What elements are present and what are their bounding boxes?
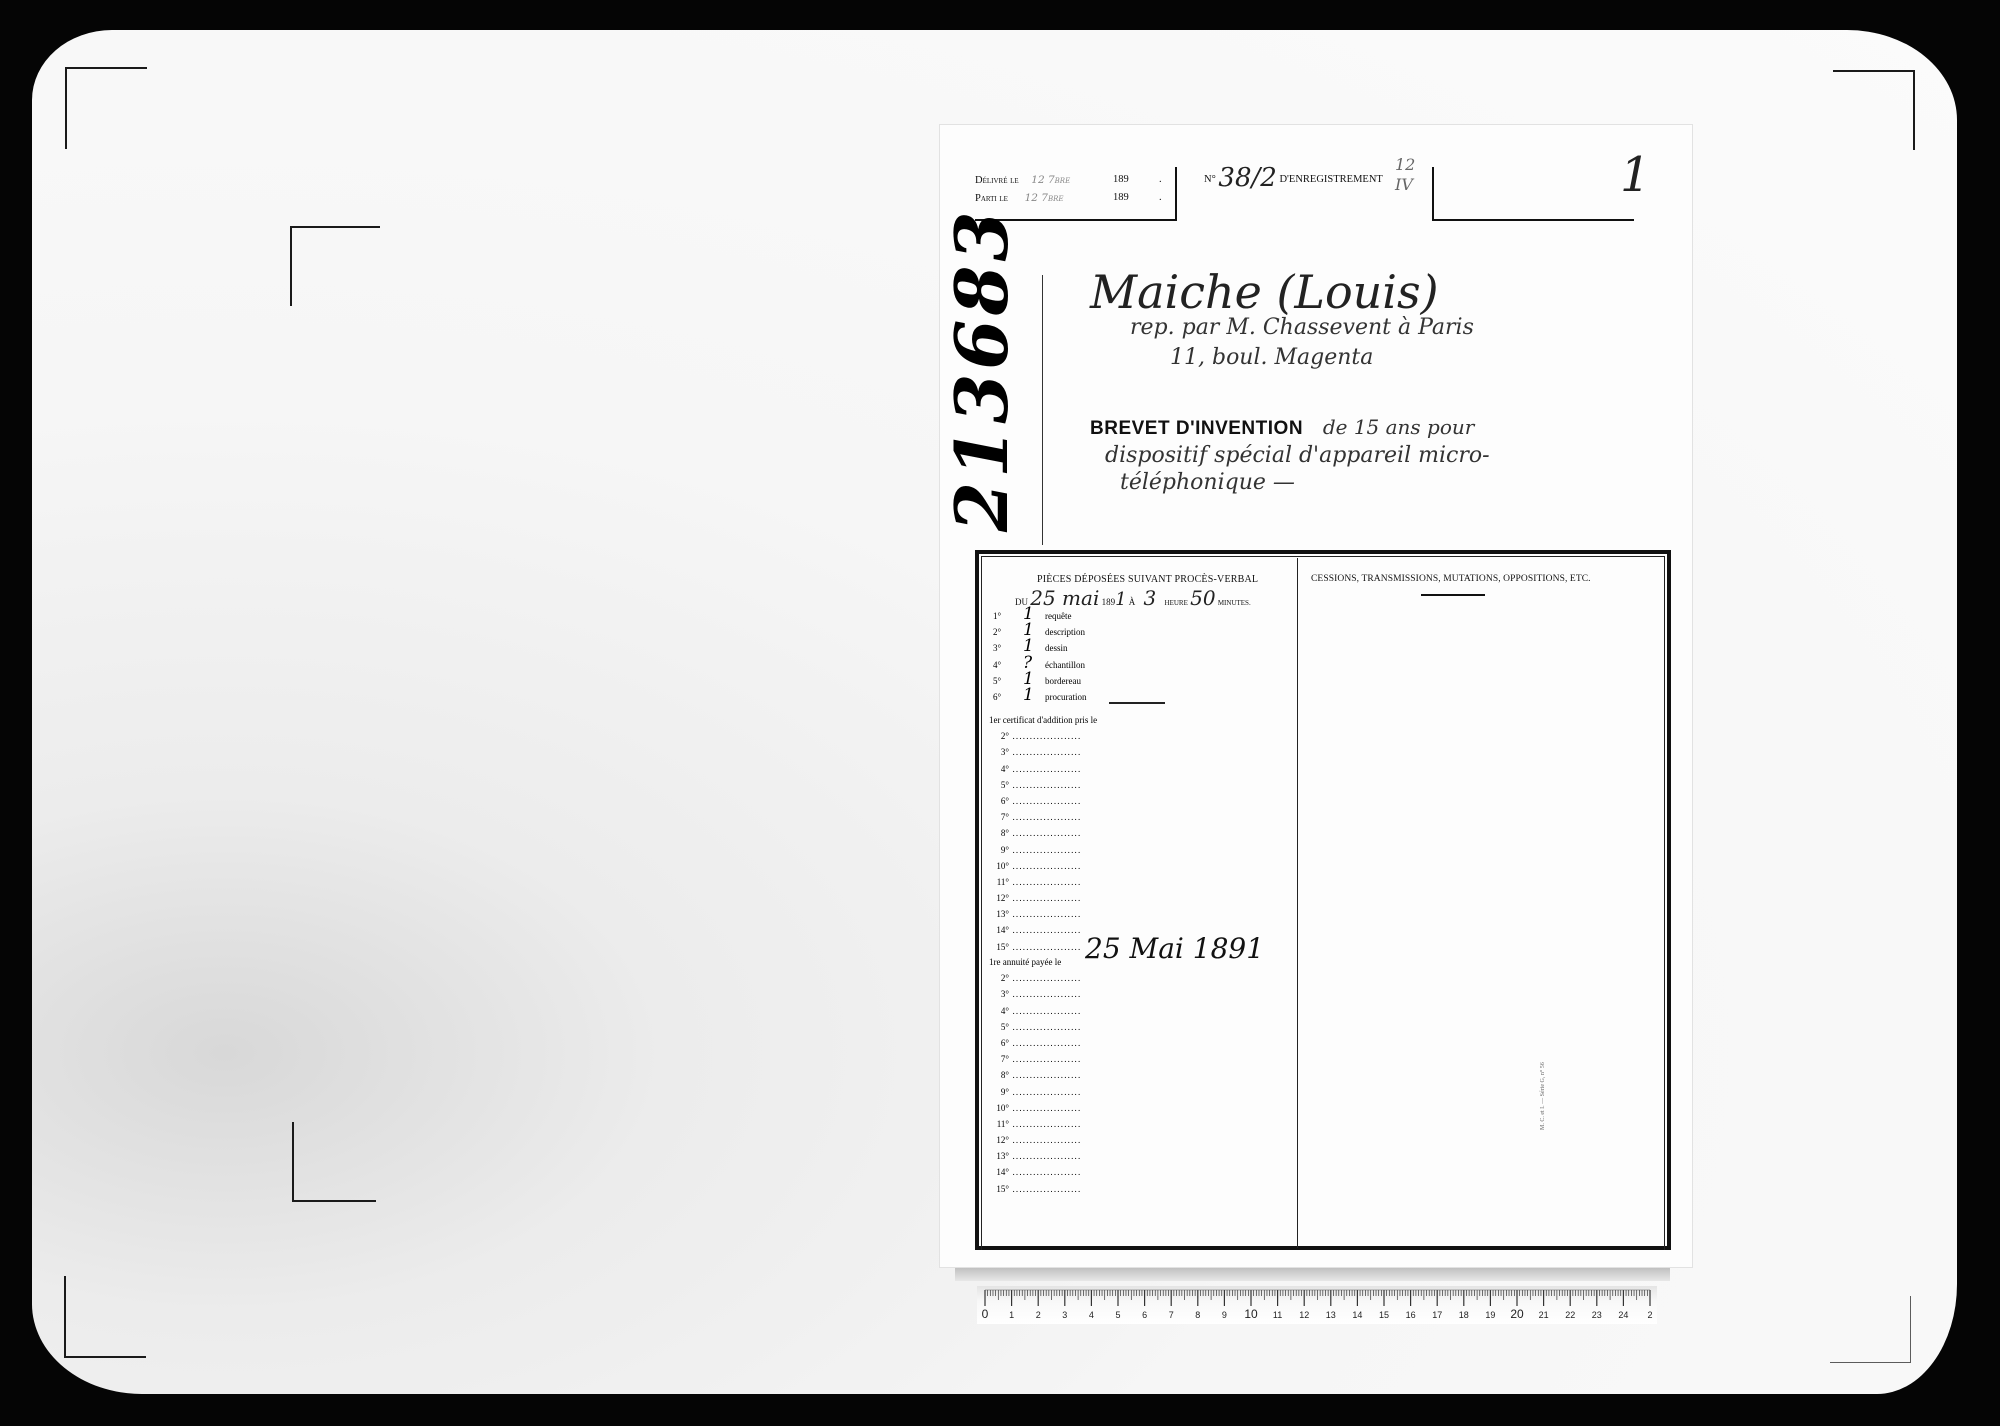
pieces-rule — [1109, 702, 1165, 704]
dot-leader: .................... — [1009, 731, 1081, 741]
delivered-value: 12 7bre — [1031, 174, 1070, 186]
annuity-row: 10° .................... — [989, 1100, 1081, 1116]
row-number: 15° — [989, 1181, 1009, 1197]
certificate-row: 15° .................... — [989, 939, 1097, 955]
cessions-rule — [1421, 594, 1485, 596]
patent-number: 213683 — [952, 242, 1012, 532]
dot-leader: .................... — [1009, 1103, 1081, 1113]
minutes-value: 50 — [1190, 586, 1215, 610]
crop-mark-bottom-right — [1830, 1296, 1911, 1363]
row-number: 10° — [989, 1100, 1009, 1116]
dot-leader: .................... — [1009, 1022, 1081, 1032]
svg-text:14: 14 — [1352, 1310, 1362, 1320]
svg-text:17: 17 — [1432, 1310, 1442, 1320]
piece-number: 6° — [993, 689, 1023, 705]
piece-row: 6°1procuration — [993, 687, 1086, 703]
certificate-row: 4° .................... — [989, 761, 1097, 777]
piece-label: échantillon — [1045, 660, 1085, 670]
svg-text:18: 18 — [1459, 1310, 1469, 1320]
patent-document: Délivré le 12 7bre 189 . Parti le 12 7br… — [940, 125, 1692, 1267]
piece-label: procuration — [1045, 692, 1086, 702]
side-note-2: IV — [1395, 175, 1415, 195]
annuities-list: 1re annuité payée le 2° ................… — [989, 954, 1081, 1197]
svg-text:20: 20 — [1510, 1307, 1524, 1321]
right-header-box — [1432, 167, 1634, 221]
svg-text:2: 2 — [1647, 1310, 1652, 1320]
piece-row: 3°1dessin — [993, 638, 1086, 654]
departed-value: 12 7bre — [1025, 192, 1064, 204]
piece-count: 1 — [1023, 687, 1045, 703]
annuity-first-label: 1re annuité payée le — [989, 957, 1061, 967]
registration-prefix: N° — [1204, 174, 1216, 185]
dot-leader: .................... — [1009, 1054, 1081, 1064]
applicant-representative: rep. par M. Chassevent à Paris — [1130, 315, 1474, 340]
departed-label: Parti le — [975, 193, 1008, 204]
svg-text:23: 23 — [1592, 1310, 1602, 1320]
annuity-row: 2° .................... — [989, 970, 1081, 986]
certificate-first-row: 1er certificat d'addition pris le — [989, 712, 1097, 728]
dot-leader: .................... — [1009, 1119, 1081, 1129]
svg-text:22: 22 — [1565, 1310, 1575, 1320]
piece-label: dessin — [1045, 643, 1068, 653]
row-number: 9° — [989, 842, 1009, 858]
dot-leader: .................... — [1009, 1070, 1081, 1080]
dot-leader: .................... — [1009, 989, 1081, 999]
row-number: 2° — [989, 728, 1009, 744]
certificate-row: 3° .................... — [989, 744, 1097, 760]
piece-row: 2°1description — [993, 622, 1086, 638]
annuity-first-row: 1re annuité payée le — [989, 954, 1081, 970]
svg-text:11: 11 — [1273, 1310, 1282, 1320]
piece-label: bordereau — [1045, 676, 1081, 686]
at-label: À — [1129, 597, 1136, 607]
hour-label: HEURE — [1165, 599, 1188, 607]
row-number: 14° — [989, 1164, 1009, 1180]
svg-text:8: 8 — [1195, 1310, 1200, 1320]
series-note: M. C. et I. — Série G, n° 56 — [1540, 1062, 1546, 1130]
annuity-row: 14° .................... — [989, 1164, 1081, 1180]
certificate-row: 7° .................... — [989, 809, 1097, 825]
row-number: 15° — [989, 939, 1009, 955]
year-value: 1 — [1115, 589, 1126, 610]
dot-leader: .................... — [1009, 1184, 1081, 1194]
row-number: 8° — [989, 825, 1009, 841]
row-number: 5° — [989, 777, 1009, 793]
row-number: 4° — [989, 1003, 1009, 1019]
inner-crop-mark-bottom-left — [292, 1122, 376, 1202]
document-shadow — [955, 1267, 1670, 1281]
dot-leader: .................... — [1009, 1151, 1081, 1161]
applicant-address: 11, boul. Magenta — [1170, 345, 1373, 370]
dot-leader: .................... — [1009, 877, 1081, 887]
row-number: 9° — [989, 1084, 1009, 1100]
row-number: 4° — [989, 761, 1009, 777]
patent-heading: BREVET D'INVENTION de 15 ans pour — [1090, 415, 1474, 440]
dot-leader: .................... — [1009, 764, 1081, 774]
annuity-row: 11° .................... — [989, 1116, 1081, 1132]
dot-leader: .................... — [1009, 812, 1081, 822]
row-number: 12° — [989, 890, 1009, 906]
dot-leader: .................... — [1009, 1038, 1081, 1048]
svg-text:2: 2 — [1036, 1310, 1041, 1320]
annuity-row: 6° .................... — [989, 1035, 1081, 1051]
svg-text:3: 3 — [1062, 1310, 1067, 1320]
svg-text:13: 13 — [1326, 1310, 1336, 1320]
annuity-row: 3° .................... — [989, 986, 1081, 1002]
row-number: 11° — [989, 874, 1009, 890]
svg-text:6: 6 — [1142, 1310, 1147, 1320]
dot-leader: .................... — [1009, 796, 1081, 806]
patent-duration: de 15 ans pour — [1323, 415, 1475, 439]
svg-text:4: 4 — [1089, 1310, 1094, 1320]
registration-number: N° 38/2 D'ENREGISTREMENT — [1204, 163, 1383, 193]
registration-label: D'ENREGISTREMENT — [1279, 174, 1382, 185]
certificate-row: 13° .................... — [989, 906, 1097, 922]
row-number: 7° — [989, 809, 1009, 825]
hour-value: 3 — [1144, 586, 1157, 610]
piece-label: requête — [1045, 611, 1071, 621]
departed-row: Parti le 12 7bre 189 . — [975, 189, 1175, 207]
dot-leader: .................... — [1009, 861, 1081, 871]
cessions-column: CESSIONS, TRANSMISSIONS, MUTATIONS, OPPO… — [1299, 554, 1667, 1246]
side-note-1: 12 — [1395, 155, 1415, 175]
applicant-name: Maiche (Louis) — [1090, 265, 1439, 319]
delivered-year: 189 — [1113, 171, 1129, 189]
annuity-row: 8° .................... — [989, 1067, 1081, 1083]
margin-line — [1042, 275, 1043, 545]
page-number: 1 — [1620, 147, 1651, 203]
dot-leader: .................... — [1009, 747, 1081, 757]
svg-text:9: 9 — [1222, 1310, 1227, 1320]
certificate-row: 12° .................... — [989, 890, 1097, 906]
annuity-row: 13° .................... — [989, 1148, 1081, 1164]
dot-leader: .................... — [1009, 1087, 1081, 1097]
row-number: 11° — [989, 1116, 1009, 1132]
registration-side-note: 12 IV — [1395, 155, 1415, 195]
delivered-row: Délivré le 12 7bre 189 . — [975, 171, 1175, 189]
column-divider — [1297, 558, 1298, 1248]
patent-label: BREVET D'INVENTION — [1090, 418, 1303, 439]
register-table: PIÈCES DÉPOSÉES SUIVANT PROCÈS-VERBAL DU… — [975, 550, 1671, 1250]
piece-row: 4°?échantillon — [993, 655, 1086, 671]
certificate-first-label: 1er certificat d'addition pris le — [989, 715, 1097, 725]
row-number: 12° — [989, 1132, 1009, 1148]
row-number: 10° — [989, 858, 1009, 874]
svg-text:7: 7 — [1169, 1310, 1174, 1320]
piece-label: description — [1045, 627, 1085, 637]
row-number: 14° — [989, 922, 1009, 938]
registration-value: 38/2 — [1218, 163, 1276, 193]
deposited-pieces-column: PIÈCES DÉPOSÉES SUIVANT PROCÈS-VERBAL DU… — [979, 554, 1297, 1246]
dot-leader: .................... — [1009, 925, 1081, 935]
row-number: 13° — [989, 906, 1009, 922]
dot-leader: .................... — [1009, 845, 1081, 855]
annuity-row: 4° .................... — [989, 1003, 1081, 1019]
annuity-first-value: 25 Mai 1891 — [1085, 932, 1264, 965]
svg-text:1: 1 — [1009, 1310, 1014, 1320]
dot: . — [1159, 189, 1162, 207]
row-number: 2° — [989, 970, 1009, 986]
svg-text:16: 16 — [1406, 1310, 1416, 1320]
certificate-row: 6° .................... — [989, 793, 1097, 809]
pieces-list: 1°1requête2°1description3°1dessin4°?écha… — [993, 606, 1086, 703]
dot-leader: .................... — [1009, 1135, 1081, 1145]
annuity-row: 15° .................... — [989, 1181, 1081, 1197]
patent-title-line-2: téléphonique — — [1120, 470, 1295, 495]
row-number: 3° — [989, 986, 1009, 1002]
certificate-row: 9° .................... — [989, 842, 1097, 858]
certificate-row: 14° .................... — [989, 922, 1097, 938]
certificates-list: 1er certificat d'addition pris le 2° ...… — [989, 712, 1097, 955]
certificate-row: 2° .................... — [989, 728, 1097, 744]
row-number: 6° — [989, 1035, 1009, 1051]
crop-mark-bottom-left — [64, 1276, 146, 1358]
cessions-title: CESSIONS, TRANSMISSIONS, MUTATIONS, OPPO… — [1311, 574, 1591, 584]
row-number: 13° — [989, 1148, 1009, 1164]
dot-leader: .................... — [1009, 973, 1081, 983]
dot-leader: .................... — [1009, 828, 1081, 838]
svg-text:0: 0 — [982, 1307, 989, 1321]
certificate-row: 11° .................... — [989, 874, 1097, 890]
pieces-title: PIÈCES DÉPOSÉES SUIVANT PROCÈS-VERBAL — [1037, 574, 1258, 585]
crop-mark-top-left — [65, 67, 147, 149]
patent-title-line-1: dispositif spécial d'appareil micro- — [1105, 443, 1490, 468]
piece-row: 5°1bordereau — [993, 671, 1086, 687]
certificate-row: 5° .................... — [989, 777, 1097, 793]
row-number: 6° — [989, 793, 1009, 809]
dot-leader: .................... — [1009, 942, 1081, 952]
annuity-row: 12° .................... — [989, 1132, 1081, 1148]
crop-mark-top-right — [1833, 70, 1915, 150]
dot-leader: .................... — [1009, 1167, 1081, 1177]
row-number: 5° — [989, 1019, 1009, 1035]
annuity-row: 9° .................... — [989, 1084, 1081, 1100]
year-prefix: 189 — [1102, 597, 1116, 607]
dot-leader: .................... — [1009, 780, 1081, 790]
minutes-label: MINUTES. — [1218, 599, 1251, 607]
svg-text:19: 19 — [1485, 1310, 1495, 1320]
row-number: 3° — [989, 744, 1009, 760]
row-number: 7° — [989, 1051, 1009, 1067]
dot-leader: .................... — [1009, 893, 1081, 903]
measurement-ruler: 0123456789101112131415161718192021222324… — [977, 1286, 1657, 1324]
svg-text:24: 24 — [1618, 1310, 1628, 1320]
row-number: 8° — [989, 1067, 1009, 1083]
svg-text:5: 5 — [1115, 1310, 1120, 1320]
ruler-scale: 0123456789101112131415161718192021222324… — [977, 1286, 1657, 1324]
annuity-row: 5° .................... — [989, 1019, 1081, 1035]
svg-text:21: 21 — [1539, 1310, 1549, 1320]
svg-text:12: 12 — [1299, 1310, 1309, 1320]
certificate-row: 10° .................... — [989, 858, 1097, 874]
certificate-row: 8° .................... — [989, 825, 1097, 841]
piece-row: 1°1requête — [993, 606, 1086, 622]
dot-leader: .................... — [1009, 909, 1081, 919]
delivered-label: Délivré le — [975, 175, 1019, 186]
departed-year: 189 — [1113, 189, 1129, 207]
svg-text:10: 10 — [1244, 1307, 1258, 1321]
dot: . — [1159, 171, 1162, 189]
dot-leader: .................... — [1009, 1006, 1081, 1016]
svg-text:15: 15 — [1379, 1310, 1389, 1320]
annuity-row: 7° .................... — [989, 1051, 1081, 1067]
inner-crop-mark-top-left — [290, 226, 380, 306]
